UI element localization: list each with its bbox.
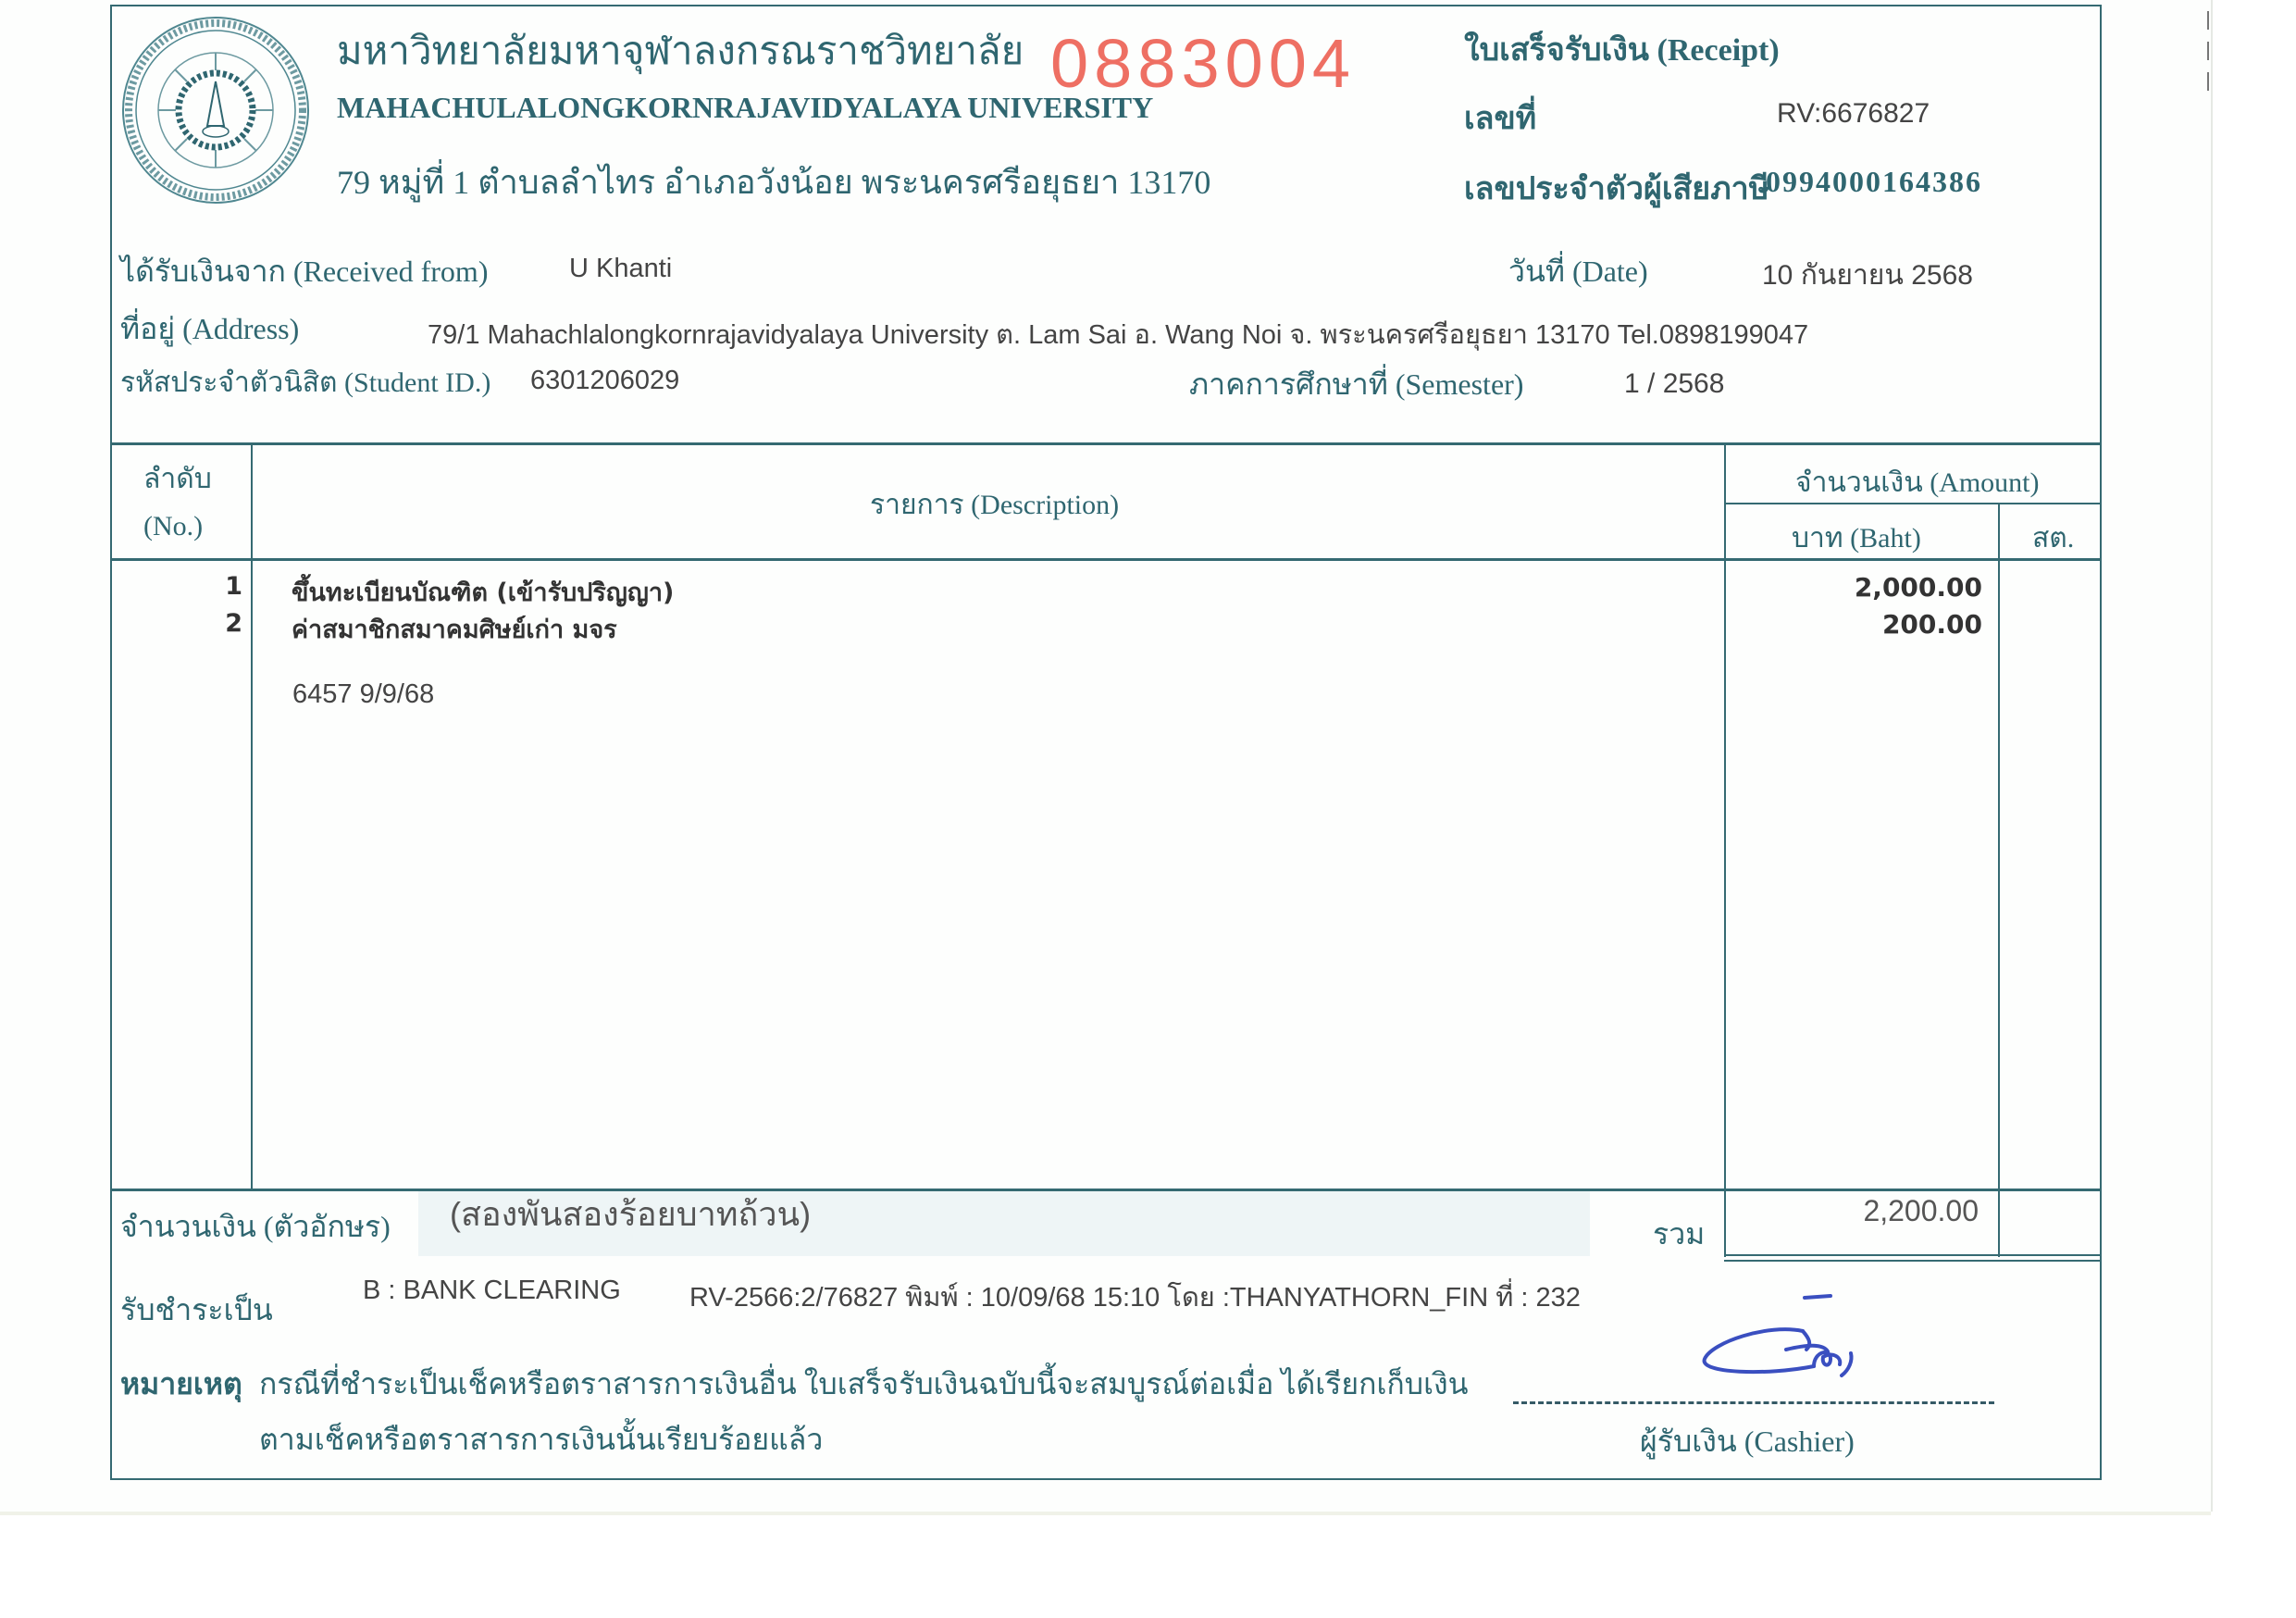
row-1-no: 1	[222, 572, 242, 601]
col-no-header-english: (No.)	[143, 511, 203, 542]
amount-words-label: จำนวนเงิน (ตัวอักษร)	[120, 1203, 391, 1251]
satang-column-divider	[1998, 503, 2000, 1257]
student-id-value: 6301206029	[530, 366, 679, 396]
col-baht-header: บาท (Baht)	[1792, 517, 1921, 560]
signature-icon	[1694, 1287, 1934, 1388]
received-from-label: ได้รับเงินจาก (Received from)	[120, 248, 488, 295]
total-label: รวม	[1653, 1211, 1705, 1258]
received-from-value: U Khanti	[569, 254, 672, 284]
university-name-thai: มหาวิทยาลัยมหาจุฬาลงกรณราชวิทยาลัย	[337, 20, 1024, 81]
receipt-title: ใบเสร็จรับเงิน (Receipt)	[1464, 24, 1780, 74]
date-value: 10 กันยายน 2568	[1762, 254, 1973, 297]
remark-label: หมายเหตุ	[120, 1361, 242, 1408]
tax-id-value: 0994000164386	[1766, 165, 1982, 199]
remark-line-1: กรณีที่ชำระเป็นเช็คหรือตราสารการเงินอื่น…	[259, 1361, 1469, 1408]
university-seal-icon	[120, 15, 311, 205]
col-no-header-thai: ลำดับ	[143, 457, 212, 501]
payment-method: B : BANK CLEARING	[363, 1276, 621, 1306]
row-1-description: ขึ้นทะเบียนบัณฑิต (เข้ารับปริญญา)	[292, 572, 674, 612]
receipt-no-value: RV:6676827	[1777, 98, 1930, 130]
date-label: วันที่ (Date)	[1508, 248, 1648, 295]
receipt-frame	[110, 5, 2102, 1480]
row-2-description: ค่าสมาชิกสมาคมศิษย์เก่า มจร	[292, 609, 617, 649]
payment-reference-note: 6457 9/9/68	[292, 679, 434, 710]
print-info: RV-2566:2/76827 พิมพ์ : 10/09/68 15:10 โ…	[689, 1276, 1581, 1318]
total-amount: 2,200.00	[1740, 1194, 1979, 1228]
margin-mark	[2207, 11, 2209, 30]
university-name-english: MAHACHULALONGKORNRAJAVIDYALAYA UNIVERSIT…	[337, 91, 1153, 125]
col-description-header: รายการ (Description)	[870, 483, 1119, 527]
cashier-label: ผู้รับเงิน (Cashier)	[1640, 1418, 1855, 1465]
student-id-label: รหัสประจำตัวนิสิต (Student ID.)	[120, 361, 490, 404]
row-2-no: 2	[222, 609, 242, 638]
paid-by-label: รับชำระเป็น	[120, 1287, 273, 1334]
tax-id-label: เลขประจำตัวผู้เสียภาษี	[1464, 163, 1769, 213]
receipt-no-label: เลขที่	[1464, 93, 1536, 143]
col-amount-header: จำนวนเงิน (Amount)	[1795, 461, 2040, 504]
signature-line	[1513, 1401, 1994, 1404]
row-1-amount: 2,000.00	[1740, 572, 1982, 603]
address-value: 79/1 Mahachlalongkornrajavidyalaya Unive…	[428, 313, 1808, 355]
total-double-line-2	[1724, 1260, 2102, 1262]
amount-column-divider	[1724, 442, 1726, 1257]
total-double-line-1	[1724, 1254, 2102, 1256]
amount-words-value: (สองพันสองร้อยบาทถ้วน)	[450, 1188, 811, 1240]
paper-edge	[0, 1512, 2211, 1515]
semester-label: ภาคการศึกษาที่ (Semester)	[1189, 361, 1523, 408]
margin-mark	[2207, 42, 2209, 60]
section-divider	[110, 442, 2102, 445]
serial-number: 0883004	[1050, 24, 1356, 103]
university-address: 79 หมู่ที่ 1 ตำบลลำไทร อำเภอวังน้อย พระน…	[337, 156, 1210, 208]
row-2-amount: 200.00	[1740, 609, 1982, 640]
remark-line-2: ตามเช็คหรือตราสารการเงินนั้นเรียบร้อยแล้…	[259, 1416, 823, 1463]
semester-value: 1 / 2568	[1624, 368, 1724, 400]
margin-mark	[2207, 72, 2209, 91]
no-column-divider	[251, 442, 253, 1189]
address-label: ที่อยู่ (Address)	[120, 305, 299, 353]
col-satang-header: สต.	[2032, 517, 2074, 560]
